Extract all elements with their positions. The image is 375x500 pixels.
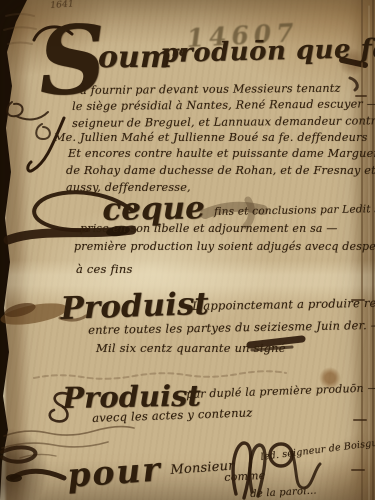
- manuscript-photo: 1641 14607 S oumre produōn que faid à fo…: [0, 0, 375, 500]
- body-line: Me. Jullien Mahé et Jullienne Boué sa fe…: [54, 131, 368, 144]
- body-line: première production luy soient adjugés a…: [74, 240, 375, 253]
- title-rest: produōn que faid: [160, 33, 375, 69]
- body-line: Mil six centz quarante un signé: [96, 341, 286, 355]
- body-line: Et encores contre haulte et puissante da…: [68, 147, 375, 160]
- body-line: de Rohay dame duchesse de Rohan, et de F…: [66, 164, 375, 177]
- body-line: à fournir par devant vous Messieurs tena…: [80, 82, 341, 97]
- footer-heading-pour: pour: [66, 449, 163, 494]
- body-line: à ces fins: [76, 262, 133, 276]
- body-line: le siège présidial à Nantes, René Renaud…: [72, 97, 375, 113]
- body-line: prise en son libelle et adjournement en …: [80, 222, 338, 235]
- body-line: seigneur de Breguel, et Lannuaux demande…: [72, 114, 375, 130]
- footer-comme: comme: [224, 469, 266, 484]
